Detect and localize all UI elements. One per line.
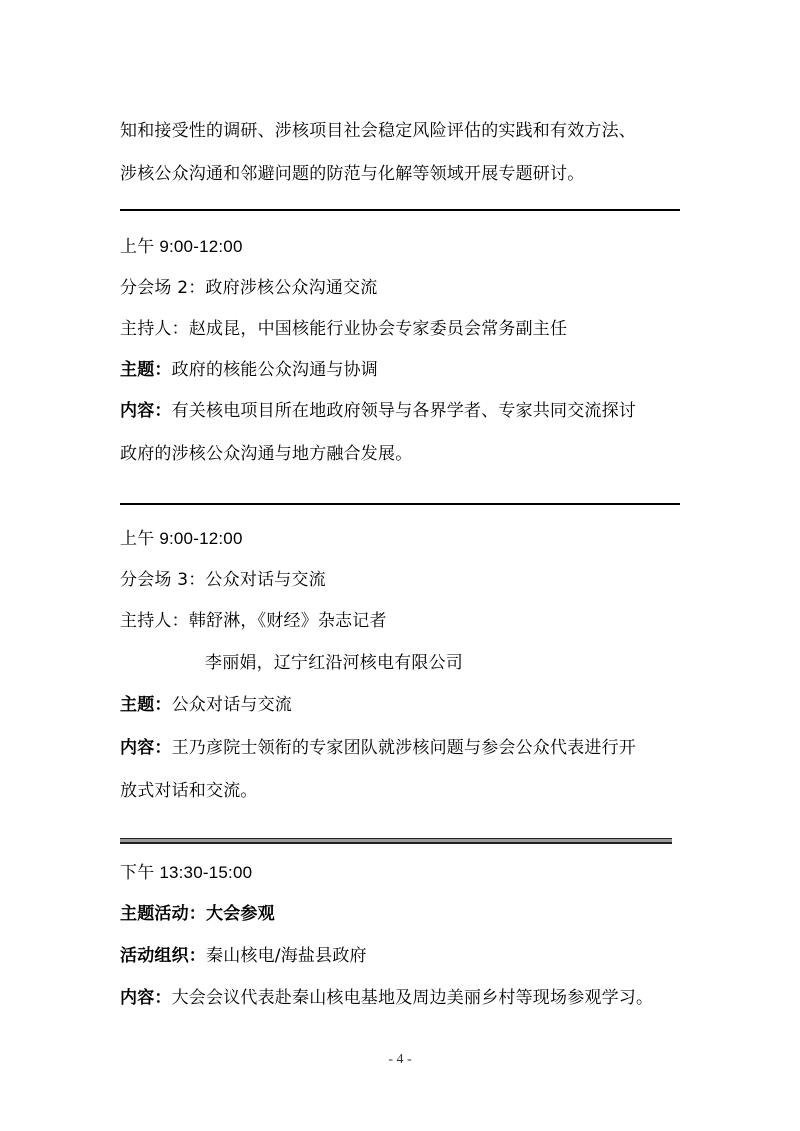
content-value: 有关核电项目所在地政府领导与各界学者、专家共同交流探讨 (172, 401, 636, 421)
session-host: 主持人：韩舒淋，《财经》杂志记者 (120, 610, 387, 632)
host-name: 赵成昆，中国核能行业协会专家委员会常务副主任 (189, 319, 567, 339)
session-host-second: 李丽娟，辽宁红沿河核电有限公司 (205, 652, 463, 674)
session-content-continued: 放式对话和交流。 (120, 780, 258, 802)
topic-label: 主题： (120, 360, 172, 380)
content-label: 内容： (120, 738, 172, 758)
host-name: 韩舒淋，《财经》杂志记者 (189, 611, 387, 631)
content-label: 内容： (120, 401, 172, 421)
intro-line-2: 涉核公众沟通和邻避问题的防范与化解等领域开展专题研讨。 (120, 163, 584, 185)
activity-value: 大会参观 (206, 904, 275, 924)
intro-line-1: 知和接受性的调研、涉核项目社会稳定风险评估的实践和有效方法、 (120, 120, 636, 142)
session-host: 主持人：赵成昆，中国核能行业协会专家委员会常务副主任 (120, 318, 567, 340)
session-venue: 分会场 3：公众对话与交流 (120, 569, 326, 591)
session-content: 内容：王乃彦院士领衔的专家团队就涉核问题与参会公众代表进行开 (120, 737, 636, 759)
host-label: 主持人： (120, 319, 189, 339)
activity-theme: 主题活动：大会参观 (120, 903, 275, 925)
organizer-value: 秦山核电/海盐县政府 (206, 946, 367, 966)
session-venue: 分会场 2：政府涉核公众沟通交流 (120, 277, 377, 299)
topic-value: 公众对话与交流 (172, 695, 292, 715)
session-time: 上午 9:00-12:00 (120, 236, 243, 258)
activity-content: 内容：大会会议代表赴秦山核电基地及周边美丽乡村等现场参观学习。 (120, 987, 653, 1009)
content-label: 内容： (120, 988, 172, 1008)
topic-value: 政府的核能公众沟通与协调 (172, 360, 378, 380)
session-content-continued: 政府的涉核公众沟通与地方融合发展。 (120, 443, 412, 465)
page-number: - 4 - (0, 1051, 800, 1069)
content-value: 大会会议代表赴秦山核电基地及周边美丽乡村等现场参观学习。 (172, 988, 654, 1008)
session-content: 内容：有关核电项目所在地政府领导与各界学者、专家共同交流探讨 (120, 400, 636, 422)
session-topic: 主题：公众对话与交流 (120, 694, 292, 716)
topic-label: 主题： (120, 695, 172, 715)
activity-label: 主题活动： (120, 904, 206, 924)
section-divider (120, 503, 680, 505)
organizer-label: 活动组织： (120, 946, 206, 966)
session-time: 上午 9:00-12:00 (120, 528, 243, 550)
content-value: 王乃彦院士领衔的专家团队就涉核问题与参会公众代表进行开 (172, 738, 636, 758)
section-divider (120, 209, 680, 211)
session-time: 下午 13:30-15:00 (120, 862, 252, 884)
session-topic: 主题：政府的核能公众沟通与协调 (120, 359, 378, 381)
host-label: 主持人： (120, 611, 189, 631)
section-divider-double (120, 838, 672, 844)
activity-organizer: 活动组织：秦山核电/海盐县政府 (120, 945, 367, 967)
